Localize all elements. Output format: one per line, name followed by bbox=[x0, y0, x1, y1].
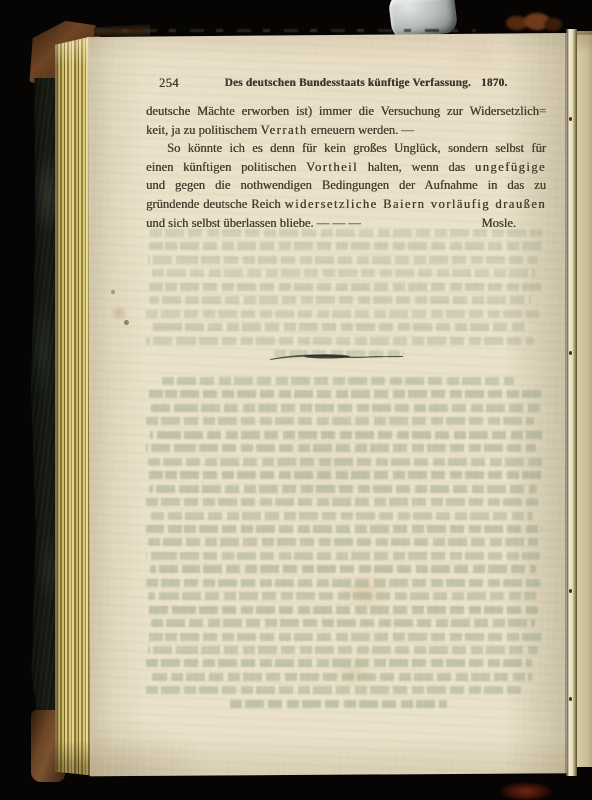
text-segment: einen künftigen politischen bbox=[146, 160, 306, 174]
stain bbox=[440, 37, 520, 81]
bleedthrough-line bbox=[146, 417, 534, 425]
emphasized-word: ungefügige bbox=[475, 160, 546, 174]
year: 1870. bbox=[481, 77, 507, 89]
stain bbox=[330, 655, 374, 689]
signature: Mosle. bbox=[481, 214, 516, 233]
bleedthrough-line bbox=[148, 256, 538, 264]
bleedthrough-line bbox=[146, 471, 542, 479]
bleedthrough-line bbox=[146, 498, 538, 506]
bleedthrough-line bbox=[162, 377, 514, 385]
bleedthrough-line bbox=[146, 390, 542, 398]
body-line: So könnte ich es denn für kein großes Un… bbox=[146, 139, 546, 158]
bleedthrough-line bbox=[151, 619, 535, 627]
stain bbox=[338, 573, 390, 611]
bleedthrough-line bbox=[150, 431, 542, 439]
text-segment: erneuern werden. — bbox=[308, 123, 414, 137]
bleedthrough-line bbox=[148, 404, 540, 412]
body-text: deutsche Mächte erworben ist) immer die … bbox=[146, 102, 546, 232]
bleedthrough-line bbox=[146, 337, 534, 345]
bleedthrough-line bbox=[146, 686, 526, 694]
emphasized-word: Verrath bbox=[260, 123, 307, 137]
running-title-group: Des deutschen Bundesstaats künftige Verf… bbox=[186, 77, 546, 89]
bleedthrough-line bbox=[146, 242, 542, 250]
bleedthrough-line bbox=[146, 552, 540, 560]
text-segment: und sich selbst überlassen bliebe. — — — bbox=[146, 216, 361, 230]
book-scan: 254 Des deutschen Bundesstaats künftige … bbox=[0, 0, 592, 800]
foxing-speck bbox=[124, 320, 129, 325]
text-segment: und gegen die nothwendigen Bedingungen d… bbox=[146, 178, 546, 192]
text-segment: So könnte ich es denn für kein großes Un… bbox=[167, 141, 546, 155]
running-head: 254 Des deutschen Bundesstaats künftige … bbox=[146, 76, 546, 92]
ridge-nick bbox=[569, 589, 572, 593]
running-title: Des deutschen Bundesstaats künftige Verf… bbox=[225, 77, 471, 89]
body-line: keit, ja zu politischem Verrath erneuern… bbox=[146, 121, 546, 140]
bleedthrough-line bbox=[148, 646, 538, 654]
bleedthrough-line bbox=[146, 633, 542, 641]
bleedthrough-line bbox=[146, 310, 539, 318]
bleedthrough-line bbox=[146, 525, 542, 533]
bleedthrough-line bbox=[148, 458, 542, 466]
body-line: und gegen die nothwendigen Bedingungen d… bbox=[146, 176, 546, 195]
text-segment: deutsche Mächte erworben ist) immer die … bbox=[146, 104, 546, 118]
bleedthrough-line bbox=[150, 565, 536, 573]
bleedthrough-line bbox=[151, 512, 533, 520]
bleedthrough-line bbox=[146, 606, 538, 614]
text-segment: gründende deutsche Reich bbox=[146, 197, 285, 211]
bleedthrough-line bbox=[146, 659, 532, 667]
bleedthrough-line bbox=[151, 323, 525, 331]
facing-page-sliver bbox=[577, 31, 592, 767]
body-line: gründende deutsche Reich widersetzliche … bbox=[146, 195, 546, 214]
bleedthrough-line bbox=[149, 296, 531, 304]
gilt-fore-edge bbox=[55, 36, 90, 776]
ink-stroke bbox=[270, 350, 405, 365]
bleedthrough-line bbox=[230, 700, 447, 708]
headband-thread bbox=[544, 18, 562, 31]
foxing-speck bbox=[111, 290, 115, 294]
bookmark-tab bbox=[388, 0, 459, 40]
text-segment: halten, wenn das bbox=[358, 160, 475, 174]
bleedthrough-line bbox=[146, 579, 542, 587]
bleedthrough-line bbox=[146, 444, 536, 452]
emphasized-word: widersetzliche Baiern vorläufig draußen bbox=[285, 197, 546, 211]
ridge-nick bbox=[569, 697, 572, 701]
bleedthrough-line bbox=[149, 485, 537, 493]
book-page: 254 Des deutschen Bundesstaats künftige … bbox=[88, 33, 567, 777]
body-line: einen künftigen politischen Vortheil hal… bbox=[146, 158, 546, 177]
page-top-debris bbox=[96, 29, 476, 32]
page-number: 254 bbox=[159, 76, 179, 91]
gutter-ridge bbox=[565, 29, 577, 776]
ridge-nick bbox=[569, 117, 572, 121]
stain bbox=[268, 423, 388, 513]
cover-fragment bbox=[500, 783, 552, 800]
bleedthrough-line bbox=[152, 269, 536, 277]
bleedthrough-line bbox=[152, 673, 532, 681]
ridge-nick bbox=[569, 351, 572, 355]
body-line: und sich selbst überlassen bliebe. — — —… bbox=[146, 214, 546, 233]
stain bbox=[110, 305, 128, 321]
bleedthrough-line bbox=[148, 538, 538, 546]
bleedthrough-line bbox=[148, 592, 536, 600]
text-segment: keit, ja zu politischem bbox=[146, 123, 260, 137]
bleedthrough-line bbox=[146, 283, 542, 291]
emphasized-word: Vortheil bbox=[306, 160, 358, 174]
body-line: deutsche Mächte erworben ist) immer die … bbox=[146, 102, 546, 121]
